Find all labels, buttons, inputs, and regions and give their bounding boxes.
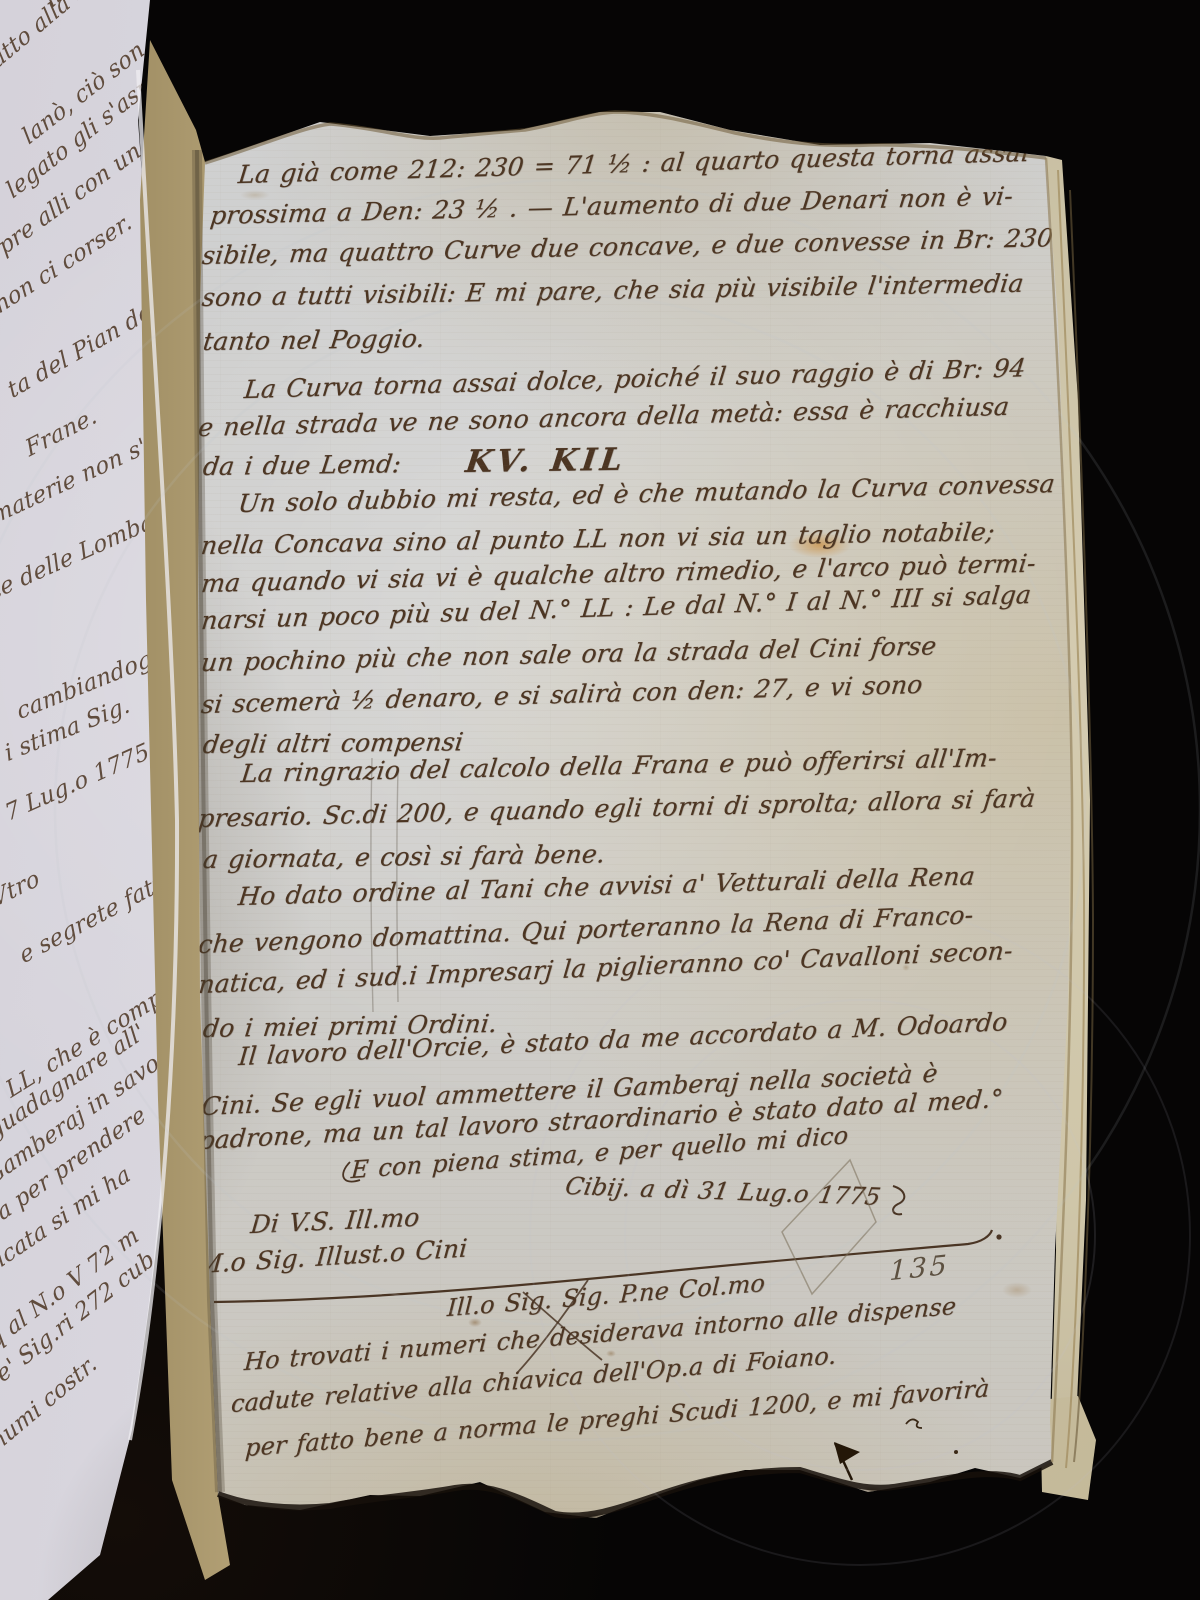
addressee-line: M.o Sig. Illust.o Cini: [196, 1233, 469, 1279]
manuscript-line: si scemerà ½ denaro, e si salirà con den…: [200, 670, 925, 719]
page-number: 135: [889, 1250, 950, 1288]
valediction: Di V.S. Ill.mo: [249, 1203, 421, 1240]
manuscript-line: sibile, ma quattro Curve due concave, e …: [201, 223, 1055, 270]
foxing-spot: [606, 1350, 616, 1357]
manuscript-line: presario. Sc.di 200, e quando egli torni…: [197, 784, 1037, 834]
manuscript-line: a giornata, e così si farà bene.: [201, 839, 607, 874]
edge-stain: [578, 1512, 612, 1522]
dateline: Cibij. a dì 31 Lug.o 1775: [563, 1172, 883, 1211]
manuscript-line: da i due Lemd:: [201, 449, 403, 481]
foxing-spot: [1002, 1282, 1032, 1298]
manuscript-line: La già come 212: 230 = 71 ½ : al quarto …: [237, 138, 1031, 189]
foxing-spot: [258, 136, 268, 144]
edge-stain: [860, 1486, 884, 1495]
manuscript-line: prossima a Den: 23 ½ . — L'aumento di du…: [209, 181, 1015, 230]
edge-stain: [412, 1496, 452, 1508]
manuscript-line: tanto nel Poggio.: [201, 324, 426, 356]
foxing-spot: [700, 116, 714, 124]
manuscript-line: sono a tutti visibili: E mi pare, che si…: [200, 269, 1025, 312]
manuscript-line: un pochino più che non sale ora la strad…: [200, 631, 938, 677]
left-page-line: Vtro: [0, 865, 43, 912]
route-points-label: KV. KIL: [463, 442, 628, 480]
left-page-line: Frane.: [22, 403, 101, 463]
foxing-spot: [240, 190, 270, 200]
edge-stain: [968, 126, 1014, 136]
manuscript-photo: il tempo sug. atto alla Sepp. lanò, ciò …: [0, 0, 1200, 1600]
